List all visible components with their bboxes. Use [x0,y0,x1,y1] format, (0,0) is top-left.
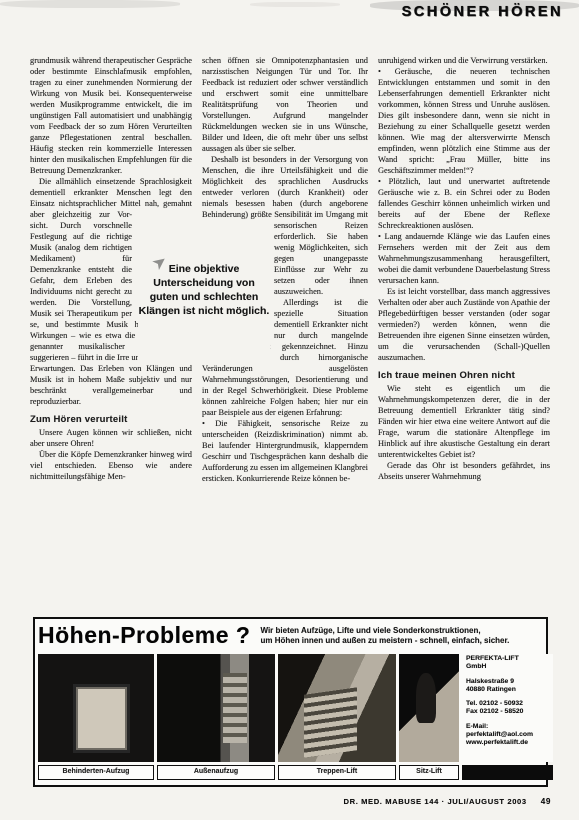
page-number: 49 [541,797,551,806]
bullet-paragraph: • Lang andauernde Klänge wie das Laufen … [378,231,550,286]
paragraph: Es ist leicht vorstellbar, dass manch ag… [378,286,550,363]
person-shape [416,673,436,723]
photo-behinderten-aufzug [38,654,154,762]
ad-slogan-line: Wir bieten Aufzüge, Lifte und viele Sond… [260,626,509,636]
fax-line: Fax 02102 - 58520 [466,708,553,716]
scan-smudge [0,0,180,8]
lift-rail-shape [223,673,247,742]
photo-treppen-lift [278,654,396,762]
ad-caption-row: Behinderten-Aufzug Außenaufzug Treppen-L… [38,765,543,780]
city-line: 40880 Ratingen [466,686,553,694]
ad-phone: Tel. 02102 - 50932 Fax 02102 - 58520 [466,700,553,717]
magazine-page: SCHÖNER HÖREN grundmusik während therape… [0,0,579,820]
bullet-paragraph: • Die Fähigkeit, sensorische Reize zu un… [202,418,368,484]
ad-address: Halskestraße 9 40880 Ratingen [466,678,553,695]
paragraph: Gerade das Ohr ist besonders gefährdet, … [378,460,550,482]
ad-headline: Höhen-Probleme ? [38,622,250,649]
advertisement-hoehen-probleme: Höhen-Probleme ? Wir bieten Aufzüge, Lif… [33,617,548,787]
section-title: SCHÖNER HÖREN [402,4,563,20]
photo-sitz-lift [399,654,459,762]
staircase-shape [304,687,357,757]
section-heading-zum-hoeren-verurteilt: Zum Hören verurteilt [30,414,192,425]
paragraph: Über die Köpfe Demenzkranker hinweg wird… [30,449,192,482]
ad-company-name: PERFEKTA-LIFT GmbH [466,655,553,672]
section-heading-ich-traue-meinen-ohren-nicht: Ich traue meinen Ohren nicht [378,370,550,381]
scan-smudge [250,2,340,7]
article-column-3: unruhigend wirken und die Verwirrung ver… [378,55,550,560]
caption-sitz-lift: Sitz-Lift [399,765,459,780]
website-url: www.perfektalift.de [466,739,553,747]
pull-quote: ➤ Eine objektive Unterscheidung von gute… [138,254,270,362]
bullet-paragraph: • Plötzlich, laut und unerwartet auftret… [378,176,550,231]
quote-arrow-icon: ➤ [151,254,170,273]
ad-photo-row: PERFEKTA-LIFT GmbH Halskestraße 9 40880 … [38,654,543,762]
paragraph-text: mit sensorischen Reizen erforderlich. Si… [274,210,368,296]
ad-header: Höhen-Probleme ? Wir bieten Aufzüge, Lif… [38,622,543,654]
caption-behinderten-aufzug: Behinderten-Aufzug [38,765,154,780]
ad-black-bar [462,765,553,780]
journal-issue-text: DR. MED. MABUSE 144 · JULI/AUGUST 2003 [344,797,527,806]
paragraph: Unsere Augen können wir schließen, nicht… [30,427,192,449]
photo-aussenaufzug [157,654,275,762]
ad-online: E-Mail: perfektalift@aol.com www.perfekt… [466,723,553,748]
email-label: E-Mail: [466,723,553,731]
company-line: GmbH [466,663,553,671]
paragraph: grundmusik während therapeutischer Gespr… [30,55,192,176]
ad-slogan-line: um Höhen innen und außen zu meistern - s… [260,636,509,646]
ad-contact-panel: PERFEKTA-LIFT GmbH Halskestraße 9 40880 … [462,654,553,762]
paragraph: schen öffnen sie Omnipotenzphantasien un… [202,55,368,154]
street-line: Halskestraße 9 [466,678,553,686]
caption-treppen-lift: Treppen-Lift [278,765,396,780]
paragraph: Wie steht es eigentlich um die Wahrnehmu… [378,383,550,460]
bullet-paragraph: • Geräusche, die neueren technischen Ent… [378,66,550,176]
paragraph: unruhigend wirken und die Verwirrung ver… [378,55,550,66]
page-footer: DR. MED. MABUSE 144 · JULI/AUGUST 200349 [344,797,551,806]
caption-aussenaufzug: Außenaufzug [157,765,275,780]
elevator-cabin-shape [73,684,130,753]
ad-slogan: Wir bieten Aufzüge, Lifte und viele Sond… [260,622,509,645]
paragraph-text: Deshalb ist besonders in der Versorgung … [202,155,368,219]
